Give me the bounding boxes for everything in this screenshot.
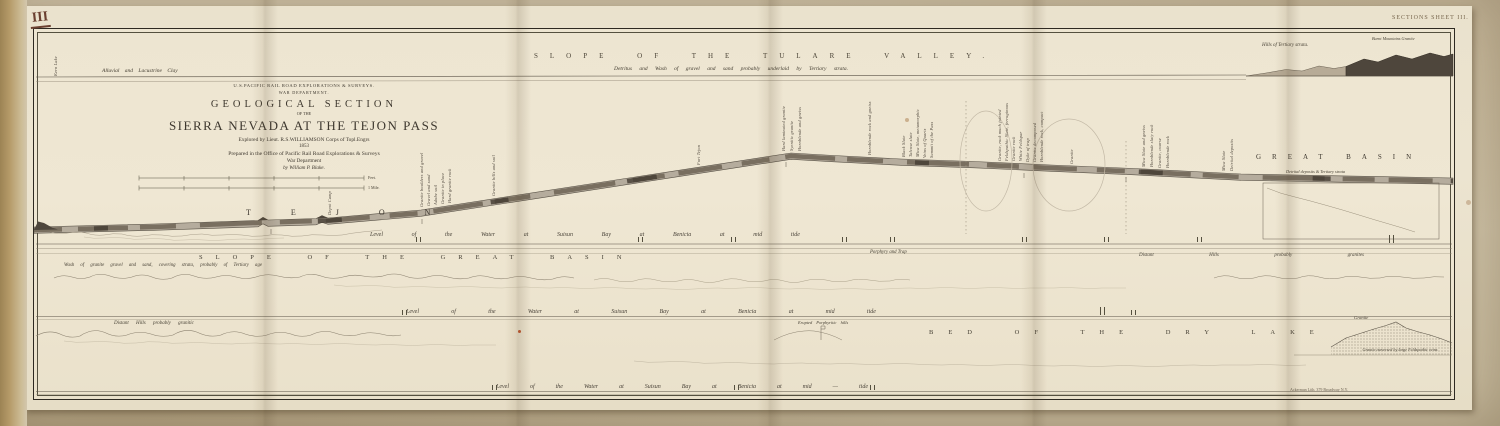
peak-label: Veins of Quartz bbox=[922, 129, 927, 159]
war-dept-line: WAR DEPARTMENT. bbox=[149, 90, 459, 95]
level-word: at bbox=[789, 309, 794, 315]
great-basin-slope-heading: SLOPE OF THE GREAT BASIN bbox=[199, 254, 635, 261]
porphyry-trap-label: Porphyry and Trap bbox=[870, 250, 907, 255]
level-word: Bay bbox=[682, 384, 691, 390]
water-level-line-2: LeveloftheWateratSuisunBayatBeniciaatmid… bbox=[406, 309, 876, 315]
peak-label: Hard laminated granite bbox=[781, 106, 786, 151]
level-word: mid bbox=[826, 309, 835, 315]
tejon-label: TEJON bbox=[246, 208, 470, 217]
peak-label: Mica Slate bbox=[1221, 151, 1226, 172]
of-the-line: OF THE bbox=[149, 111, 459, 116]
level-word: tide bbox=[791, 232, 800, 238]
level-word: at bbox=[777, 384, 782, 390]
peak-label: Talcose slate bbox=[908, 132, 913, 157]
level-word: at bbox=[524, 232, 529, 238]
level-word: Bay bbox=[602, 232, 611, 238]
author-line: by William P. Blake. bbox=[149, 165, 459, 171]
level-word: the bbox=[445, 232, 452, 238]
water-level-line-3: LeveloftheWateratSuisunBayatBeniciaatmid… bbox=[496, 384, 868, 390]
level-word: Water bbox=[528, 309, 542, 315]
peak-label: Granite in place bbox=[440, 173, 445, 204]
level-tick bbox=[402, 310, 407, 315]
level-tick bbox=[890, 237, 895, 242]
level-word: at bbox=[574, 309, 579, 315]
level-word: mid bbox=[753, 232, 762, 238]
level-word: at bbox=[619, 384, 624, 390]
level-word: Hills bbox=[1209, 253, 1219, 258]
alluvial-label: Alluvial and Lacustrine Clay bbox=[102, 68, 178, 74]
stain-speck bbox=[905, 118, 909, 122]
peak-label: Dyke of trap bbox=[1025, 138, 1030, 162]
tulare-heading: SLOPE OF THE TULARE VALLEY. bbox=[534, 52, 996, 60]
peak-label: Syenitic granite bbox=[789, 121, 794, 151]
level-tick bbox=[492, 385, 497, 390]
peak-label: Granite rock bbox=[1011, 137, 1016, 161]
sheet-number-label: SECTIONS SHEET III. bbox=[1392, 15, 1469, 21]
level-word: Distant bbox=[1139, 253, 1154, 258]
peak-label: Summit of the Pass bbox=[929, 122, 934, 158]
peak-label: Granite decomposed bbox=[1032, 123, 1037, 162]
title-sierra-nevada: SIERRA NEVADA AT THE TEJON PASS bbox=[149, 118, 459, 134]
lithographer-credit: Ackerman Lith. 379 Broadway N.Y. bbox=[1290, 387, 1348, 392]
level-word: of bbox=[530, 384, 535, 390]
peak-label: Hornblende rock bbox=[1165, 136, 1170, 168]
level-word: Level bbox=[406, 309, 419, 315]
level-word: the bbox=[556, 384, 563, 390]
level-tick bbox=[1389, 235, 1394, 243]
granite-label: Granite bbox=[1354, 315, 1368, 320]
level-word: Suisun bbox=[611, 309, 627, 315]
peak-label: Granite, rock much jointed bbox=[997, 109, 1002, 161]
peak-label: Mica Slate and gneiss bbox=[1141, 125, 1146, 167]
peak-label: Granite hills and soil bbox=[491, 155, 496, 196]
level-word: the bbox=[488, 309, 495, 315]
level-word: Level bbox=[370, 232, 383, 238]
peak-label: Adobe soil bbox=[433, 185, 438, 205]
explored-by-line: Explored by Lieut. R.S.WILLIAMSON Corps … bbox=[149, 137, 459, 143]
peak-label: White Feldspar bbox=[1018, 132, 1023, 161]
peak-label: Granite, coarse bbox=[1157, 138, 1162, 168]
torn-page-edge bbox=[0, 0, 27, 426]
dry-lake-heading: BED OF THE DRY LAKE bbox=[929, 329, 1329, 336]
peak-label: Granite boulders and gravel bbox=[419, 153, 424, 207]
depot-camp-vertical-label: Depot Camp bbox=[327, 191, 332, 215]
peak-label: Hard granite rock bbox=[447, 169, 452, 203]
scale-mile-label: 1 Mile. bbox=[368, 185, 380, 190]
prepared-line: Prepared in the Office of Pacific Rail R… bbox=[149, 151, 459, 157]
level-word: Water bbox=[584, 384, 598, 390]
level-tick bbox=[842, 237, 847, 242]
peak-label: Detrital deposits bbox=[1229, 139, 1234, 171]
level-word: Benicia bbox=[738, 309, 756, 315]
stain-speck bbox=[518, 330, 521, 333]
peak-label: Hornblende slaty rock bbox=[1149, 125, 1154, 167]
level-word: tide bbox=[867, 309, 876, 315]
peak-label: Hornblende rock and gneiss bbox=[867, 101, 872, 155]
handwritten-plate-number: III bbox=[29, 9, 51, 29]
level-tick bbox=[1100, 307, 1105, 315]
tulare-caption: Detritus and Wash of gravel and sand pro… bbox=[614, 66, 848, 72]
peak-label: Gravel and sand bbox=[426, 174, 431, 206]
tertiary-hills-label: Hills of Tertiary strata. bbox=[1262, 43, 1308, 48]
granite-mountains-label: Burnt Mountains Granite bbox=[1372, 36, 1415, 41]
peak-label: Granite bbox=[1069, 149, 1074, 164]
year-line: 1853 bbox=[149, 144, 459, 149]
level-tick bbox=[1104, 237, 1109, 242]
level-tick bbox=[1022, 237, 1027, 242]
basin-wash-caption: Wash of granite gravel and sand, coverin… bbox=[64, 263, 262, 268]
war-dept-line2: War Department bbox=[149, 158, 459, 164]
kern-lake-vertical-label: Kern Lake bbox=[53, 56, 58, 76]
scale-feet-label: Feet. bbox=[368, 175, 376, 180]
peak-label: Mica Slate, metamorphic bbox=[915, 109, 920, 157]
level-word: granites bbox=[1348, 253, 1364, 258]
erupted-hills-label: Erupted Porphyritic hills bbox=[798, 320, 848, 325]
level-word: of bbox=[451, 309, 456, 315]
level-word: probably bbox=[1274, 253, 1292, 258]
level-word: Benicia bbox=[738, 384, 756, 390]
level-word: at bbox=[720, 232, 725, 238]
stain-speck bbox=[1466, 200, 1471, 205]
level-word: Suisun bbox=[645, 384, 661, 390]
scanned-plate-photo: III SECTIONS SHEET III. bbox=[0, 0, 1500, 426]
peak-label: Hornblende and gneiss bbox=[797, 107, 802, 151]
level-word: tide bbox=[859, 384, 868, 390]
peak-label: Fort Tejon bbox=[696, 145, 701, 165]
level-tick bbox=[734, 385, 739, 390]
level-tick bbox=[638, 237, 643, 242]
level-tick bbox=[416, 237, 421, 242]
level-word: at bbox=[712, 384, 717, 390]
level-word: at bbox=[701, 309, 706, 315]
title-geological-section: GEOLOGICAL SECTION bbox=[149, 99, 459, 110]
granite-veins-caption: Granite traversed by large Feldspathic v… bbox=[1344, 347, 1456, 352]
survey-line: U.S.PACIFIC RAIL ROAD EXPLORATIONS & SUR… bbox=[149, 83, 459, 88]
peak-label: Black Slate bbox=[901, 135, 906, 157]
peak-label: Hornblende rock, compact bbox=[1039, 111, 1044, 162]
peak-label: Feldspathic Slate, ferruginous bbox=[1004, 103, 1009, 161]
distant-hills-granitic-label: Distant Hills probably granitic bbox=[114, 321, 194, 326]
level-word: mid bbox=[803, 384, 812, 390]
great-basin-label: GREAT BASIN bbox=[1256, 153, 1422, 161]
level-word: Benicia bbox=[673, 232, 691, 238]
level-word: — bbox=[833, 384, 838, 390]
level-tick bbox=[1131, 310, 1136, 315]
level-word: Level bbox=[496, 384, 509, 390]
detrital-deposits-label: Detrital deposits & Tertiary strata bbox=[1286, 169, 1345, 174]
level-word: Bay bbox=[660, 309, 669, 315]
distant-hills-granites-label: DistantHillsprobablygranites bbox=[1139, 253, 1364, 258]
level-tick bbox=[1197, 237, 1202, 242]
geological-section-plate: SLOPE OF THE TULARE VALLEY. Detritus and… bbox=[33, 28, 1455, 400]
level-tick bbox=[731, 237, 736, 242]
level-tick bbox=[870, 385, 875, 390]
level-word: Suisun bbox=[557, 232, 573, 238]
title-block: U.S.PACIFIC RAIL ROAD EXPLORATIONS & SUR… bbox=[149, 83, 459, 171]
level-word: Water bbox=[481, 232, 495, 238]
